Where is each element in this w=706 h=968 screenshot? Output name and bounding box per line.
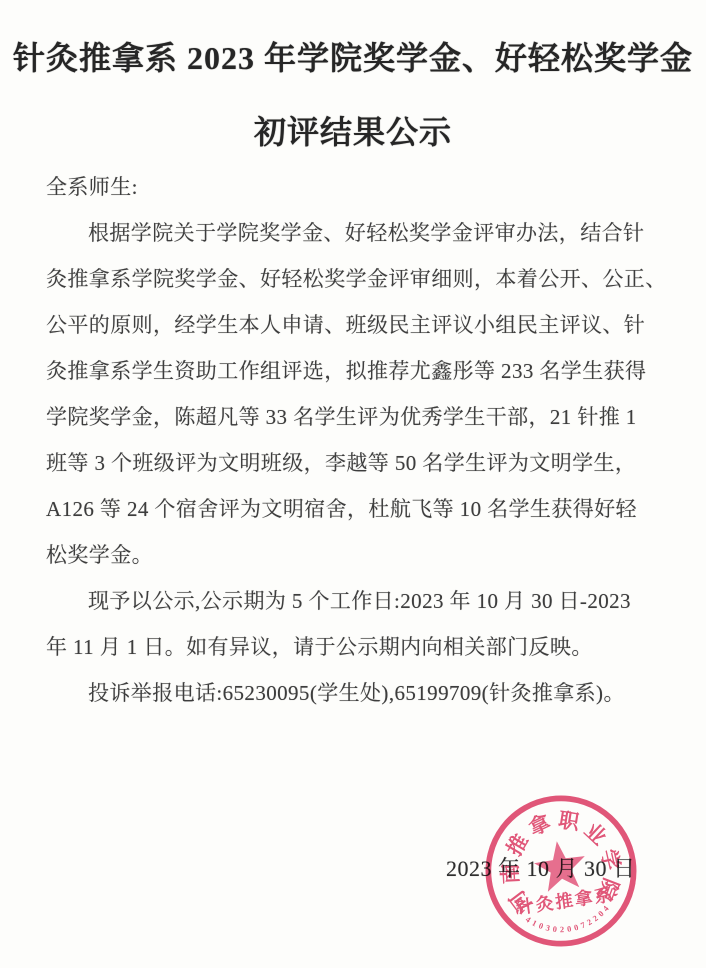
document-title-line-2: 初评结果公示 <box>0 112 706 152</box>
stamp-arc-char: 拿 <box>525 810 554 841</box>
body-line: A126 等 24 个宿舍评为文明宿舍，杜航飞等 10 名学生获得好轻 <box>46 486 662 532</box>
stamp-arc-char: 职 <box>557 809 582 835</box>
stamp-serial-digit: 4 <box>601 904 611 913</box>
stamp-serial-digit: 7 <box>579 920 586 930</box>
body-line: 班等 3 个班级评为文明班级，李越等 50 名学生评为文明学生， <box>46 440 662 486</box>
body-line: 年 11 月 1 日。如有异议，请于公示期内向相关部门反映。 <box>46 624 662 670</box>
stamp-serial-digit: 2 <box>591 914 600 924</box>
stamp-department-text: 针灸推拿系 <box>514 883 615 918</box>
body-line: 投诉举报电话:65230095(学生处),65199709(针灸推拿系)。 <box>46 670 662 716</box>
stamp-serial-digit: 2 <box>560 925 564 934</box>
scanned-announcement-page: 针灸推拿系 2023 年学院奖学金、好轻松奖学金 初评结果公示 全系师生: 根据… <box>0 0 706 968</box>
stamp-serial-digit: 0 <box>537 921 544 931</box>
body-lines: 根据学院关于学院奖学金、好轻松奖学金评审办法，结合针 灸推拿系学院奖学金、好轻松… <box>46 210 662 716</box>
body-line: 现予以公示,公示期为 5 个工作日:2023 年 10 月 30 日-2023 <box>46 578 662 624</box>
date-text: 2023 年 10 月 30 日 <box>446 852 636 883</box>
stamp-serial-digit: 3 <box>545 923 551 933</box>
document-body: 全系师生: 根据学院关于学院奖学金、好轻松奖学金评审办法，结合针 灸推拿系学院奖… <box>46 164 662 716</box>
body-line: 公平的原则，经学生本人申请、班级民主评议小组民主评议、针 <box>46 302 662 348</box>
stamp-arc-char: 业 <box>580 819 611 850</box>
stamp-serial-digit: 2 <box>585 917 593 927</box>
stamp-serial-number: 4 1 0 3 0 2 0 0 7 2 2 0 4 <box>523 903 613 939</box>
document-title-line-1: 针灸推拿系 2023 年学院奖学金、好轻松奖学金 <box>0 0 706 80</box>
stamp-serial-digit: 0 <box>573 923 579 933</box>
body-line: 松奖学金。 <box>46 532 662 578</box>
stamp-serial-digit: 1 <box>530 918 538 928</box>
stamp-arc-char: 河 <box>505 886 536 917</box>
body-line: 灸推拿系学生资助工作组评选，拟推荐尤鑫彤等 233 名学生获得 <box>46 348 662 394</box>
body-line: 学院奖学金，陈超凡等 33 名学生评为优秀学生干部，21 针推 1 <box>46 394 662 440</box>
body-line: 灸推拿系学院奖学金、好轻松奖学金评审细则，本着公开、公正、 <box>46 256 662 302</box>
stamp-serial-digit: 0 <box>566 924 571 933</box>
stamp-serial-digit: 4 <box>524 915 532 925</box>
body-line: 根据学院关于学院奖学金、好轻松奖学金评审办法，结合针 <box>46 210 662 256</box>
stamp-serial-digit: 0 <box>596 909 605 918</box>
stamp-serial-digit: 0 <box>552 925 557 934</box>
salutation: 全系师生: <box>46 164 662 210</box>
